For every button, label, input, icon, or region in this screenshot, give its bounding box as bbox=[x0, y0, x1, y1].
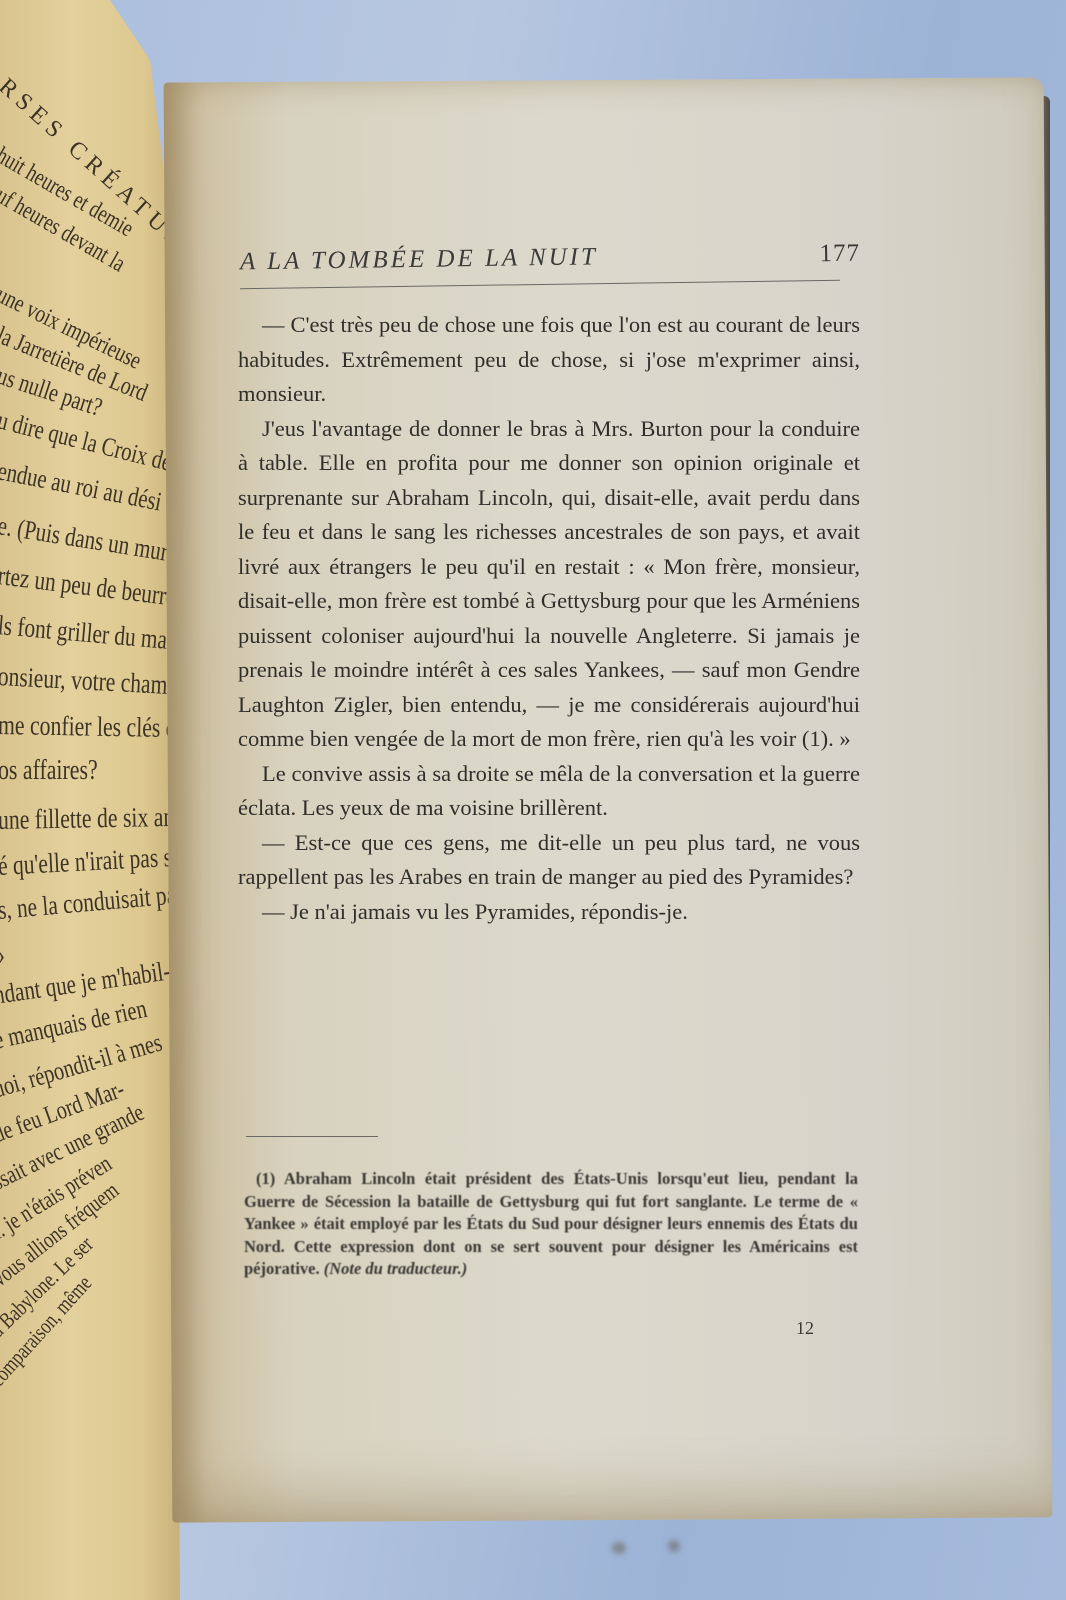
left-page-line: ndant que je m'habil- bbox=[0, 955, 172, 1010]
left-page-line: é qu'elle n'irait pas se bbox=[0, 840, 180, 882]
left-page: RSES CRÉATUREShuit heures et demieuf heu… bbox=[0, 0, 180, 1600]
paragraph: — Je n'ai jamais vu les Pyramides, répon… bbox=[238, 895, 860, 930]
page-number: 177 bbox=[819, 240, 860, 269]
page-stain bbox=[612, 1542, 626, 1554]
paragraph: — Est-ce que ces gens, me dit-elle un pe… bbox=[238, 826, 860, 895]
left-page-line: rtez un peu de beurre bbox=[0, 560, 177, 613]
left-page-line: e. (Puis dans un mur bbox=[0, 510, 170, 568]
footnote-rule bbox=[246, 1136, 378, 1137]
running-head-title: A LA TOMBÉE DE LA NUIT bbox=[240, 243, 598, 276]
left-page-line: os affaires? bbox=[0, 755, 98, 787]
left-page-line: » bbox=[0, 940, 5, 972]
page-stain bbox=[668, 1540, 680, 1552]
body-text: — C'est très peu de chose une fois que l… bbox=[238, 308, 860, 929]
translator-note: (Note du traducteur.) bbox=[324, 1259, 467, 1278]
left-page-line: me confier les clés de bbox=[0, 710, 180, 745]
left-page-line: une fillette de six ans bbox=[0, 802, 180, 837]
paragraph: Le convive assis à sa droite se mêla de … bbox=[238, 757, 860, 826]
left-page-line: ls font griller du maïs bbox=[0, 610, 180, 657]
signature-mark: 12 bbox=[796, 1318, 814, 1339]
left-page-line: s, ne la conduisait pas bbox=[0, 879, 180, 926]
paragraph: J'eus l'avantage de donner le bras à Mrs… bbox=[238, 412, 860, 757]
left-page-line: onsieur, votre chambre bbox=[0, 660, 180, 702]
footnote: (1) Abraham Lincoln était président des … bbox=[244, 1168, 858, 1281]
paragraph: — C'est très peu de chose une fois que l… bbox=[238, 308, 860, 412]
